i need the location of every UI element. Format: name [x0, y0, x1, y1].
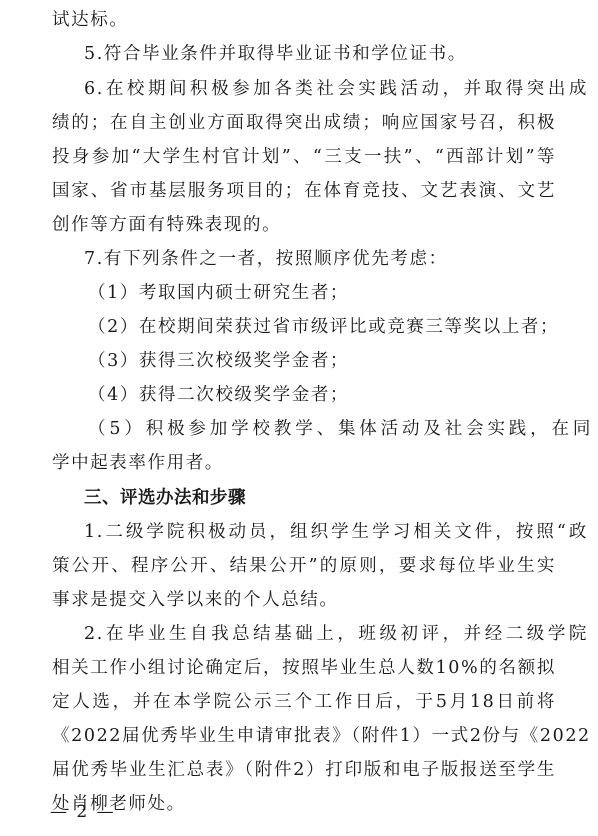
- paragraph-line: 处肖柳老师处。: [52, 793, 556, 815]
- paragraph-line: （1）考取国内硕士研究生者；: [88, 282, 592, 304]
- paragraph-line: （3）获得三次校级奖学金者；: [88, 350, 592, 372]
- paragraph-line: 6.在校期间积极参加各类社会实践活动，并取得突出成: [84, 78, 588, 100]
- paragraph-line: 《2022届优秀毕业生申请审批表》（附件1）一式2份与《2022: [52, 725, 556, 747]
- paragraph-line: 届优秀毕业生汇总表》（附件2）打印版和电子版报送至学生: [52, 759, 556, 781]
- paragraph-line: 相关工作小组讨论确定后，按照毕业生总人数10%的名额拟: [52, 657, 556, 679]
- paragraph-line: 7.有下列条件之一者，按照顺序优先考虑：: [84, 248, 588, 270]
- paragraph-line: 2.在毕业生自我总结基础上，班级初评，并经二级学院: [84, 623, 588, 645]
- paragraph-line: 国家、省市基层服务项目的；在体育竞技、文艺表演、文艺: [52, 180, 556, 202]
- paragraph-line: 5.符合毕业条件并取得毕业证书和学位证书。: [84, 43, 588, 65]
- paragraph-line: 试达标。: [52, 9, 556, 31]
- paragraph-line: 投身参加“大学生村官计划”、“三支一扶”、“西部计划”等: [52, 146, 556, 168]
- paragraph-line: （4）获得二次校级奖学金者；: [88, 384, 592, 406]
- paragraph-line: 定人选，并在本学院公示三个工作日后，于5月18日前将: [52, 691, 556, 713]
- paragraph-line: 学中起表率作用者。: [52, 452, 556, 474]
- section-heading: 三、评选办法和步骤: [84, 487, 588, 509]
- paragraph-line: 1.二级学院积极动员，组织学生学习相关文件，按照“政: [84, 521, 588, 543]
- paragraph-line: 事求是提交入学以来的个人总结。: [52, 589, 556, 611]
- page-number: — 2 —: [50, 802, 116, 822]
- paragraph-line: 绩的；在自主创业方面取得突出成绩；响应国家号召，积极: [52, 112, 556, 134]
- paragraph-line: （2）在校期间荣获过省市级评比或竞赛三等奖以上者；: [88, 316, 592, 338]
- paragraph-line: 创作等方面有特殊表现的。: [52, 214, 556, 236]
- paragraph-line: （5）积极参加学校教学、集体活动及社会实践，在同: [88, 418, 592, 440]
- paragraph-line: 策公开、程序公开、结果公开”的原则，要求每位毕业生实: [52, 555, 556, 577]
- document-page: 试达标。5.符合毕业条件并取得毕业证书和学位证书。6.在校期间积极参加各类社会实…: [0, 0, 598, 836]
